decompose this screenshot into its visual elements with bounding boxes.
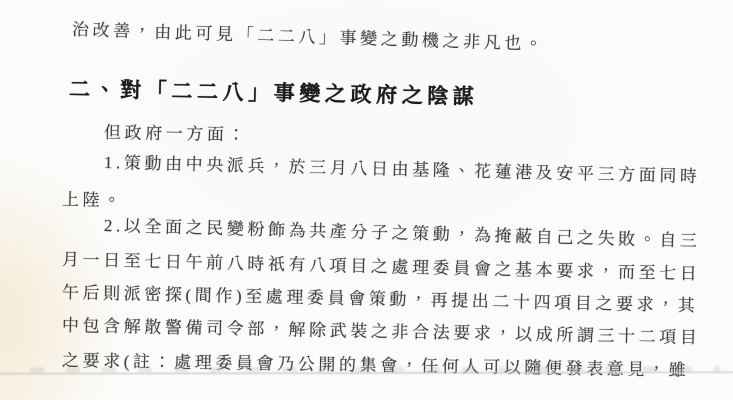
item1-line2: 上陸。 — [62, 185, 124, 211]
item2-line4: 中包含解散警備司令部，解除武裝之非合法要求，以成所謂三十二項目 — [62, 311, 701, 348]
section-heading: 二、對「二二八」事變之政府之陰謀 — [69, 73, 479, 111]
item2-line2: 月一日至七日午前八時祇有八項目之處理委員會之基本要求，而至七日 — [62, 245, 701, 284]
lead-line: 但政府一方面： — [104, 118, 249, 146]
item1-line1: 1.策動由中央派兵，於三月八日由基隆、花蓮港及安平三方面同時 — [104, 148, 701, 187]
scanned-document-page: 治改善，由此可見「二二八」事變之動機之非凡也。 二、對「二二八」事變之政府之陰謀… — [0, 0, 733, 400]
intro-line: 治改善，由此可見「二二八」事變之動機之非凡也。 — [72, 15, 546, 55]
item2-line3: 午后則派密探(間作)至處理委員會策動，再提出二十四項目之要求，其 — [62, 278, 699, 316]
item2-line5: 之要求(註：處理委員會乃公開的集會，任何人可以隨便發表意見，雖 — [62, 346, 690, 381]
item2-line1: 2.以全面之民變粉飾為共產分子之策動，為掩蔽自己之失敗。自三 — [104, 211, 701, 252]
